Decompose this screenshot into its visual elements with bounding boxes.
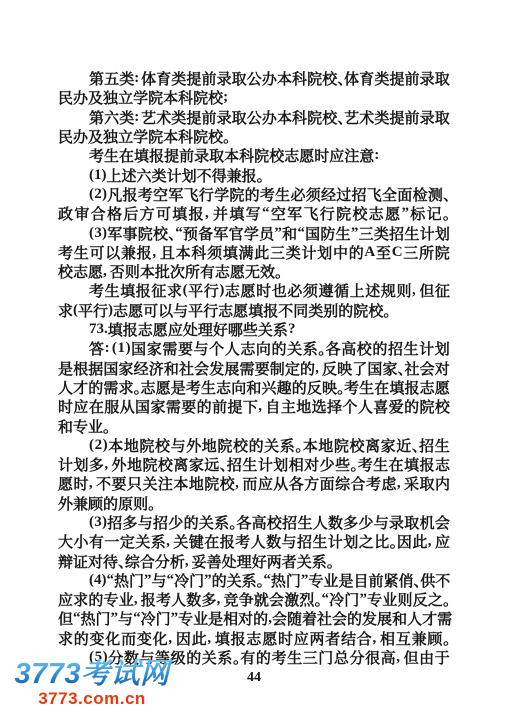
text-line: 求的变化而变化,因此,填报志愿时应两者结合,相互兼顾。	[58, 629, 450, 648]
text-line: (4)“热门”与“冷门”的关系。“热门”专业是目前紧俏、供不	[58, 571, 450, 590]
text-line: 求(平行)志愿可以与平行志愿填报不同类别的院校。	[58, 301, 450, 320]
text-line: 民办及独立学院本科院校;	[58, 88, 450, 107]
document-page: 第五类:体育类提前录取公办本科院校、体育类提前录取民办及独立学院本科院校;第六类…	[0, 0, 512, 728]
text-line: 计划多,外地院校离家远、招生计划相对少些。考生在填报志	[58, 455, 450, 474]
text-line: 第六类:艺术类提前录取公办本科院校、艺术类提前录取	[58, 108, 450, 127]
text-line: 第五类:体育类提前录取公办本科院校、体育类提前录取	[58, 69, 450, 88]
heading-line: 73.填报志愿应处理好哪些关系?	[58, 320, 450, 339]
text-line: (1)上述六类计划不得兼报。	[58, 165, 450, 184]
text-block: 第五类:体育类提前录取公办本科院校、体育类提前录取民办及独立学院本科院校;第六类…	[58, 69, 450, 667]
text-line: 时应在服从国家需要的前提下,自主地选择个人喜爱的院校	[58, 397, 450, 416]
text-line: 人才的需求。志愿是考生志向和兴趣的反映。考生在填报志愿	[58, 378, 450, 397]
text-line: 辩证对待、综合分析,妥善处理好两者关系。	[58, 551, 450, 570]
text-line: (3)军事院校、“预备军官学员”和“国防生”三类招生计划	[58, 223, 450, 242]
text-line: 应求的专业,报考人数多,竞争就会激烈。“冷门”专业则反之。	[58, 590, 450, 609]
text-line: 校志愿,否则本批次所有志愿无效。	[58, 262, 450, 281]
text-line: 但“热门”与“冷门”专业是相对的,会随着社会的发展和人才需	[58, 609, 450, 628]
text-line: (2)凡报考空军飞行学院的考生必须经过招飞全面检测、	[58, 185, 450, 204]
text-line: (3)招多与招少的关系。各高校招生人数多少与录取机会	[58, 513, 450, 532]
text-line: 是根据国家经济和社会发展需要制定的,反映了国家、社会对	[58, 358, 450, 377]
text-line: 和专业。	[58, 416, 450, 435]
text-line: 外兼顾的原则。	[58, 494, 450, 513]
text-line: 答:(1)国家需要与个人志向的关系。各高校的招生计划	[58, 339, 450, 358]
text-line: (2)本地院校与外地院校的关系。本地院校离家近、招生	[58, 436, 450, 455]
text-line: 大小有一定关系,关键在报考人数与招生计划之比。因此,应	[58, 532, 450, 551]
text-line: 考生在填报提前录取本科院校志愿时应注意:	[58, 146, 450, 165]
text-line: 民办及独立学院本科院校。	[58, 127, 450, 146]
text-line: 考生可以兼报,且本科须填满此三类计划中的A至C三所院	[58, 243, 450, 262]
watermark: 3773考试网 3773.com.cn	[10, 659, 174, 707]
text-line: 考生填报征求(平行)志愿时也必须遵循上述规则,但征	[58, 281, 450, 300]
text-line: 愿时,不要只关注本地院校,而应从各方面综合考虑,采取内	[58, 474, 450, 493]
text-line: 政审合格后方可填报,并填写“空军飞行院校志愿”标记。	[58, 204, 450, 223]
watermark-logo-3773-exam-site: 3773考试网	[10, 659, 174, 689]
watermark-url: 3773.com.cn	[10, 690, 174, 707]
